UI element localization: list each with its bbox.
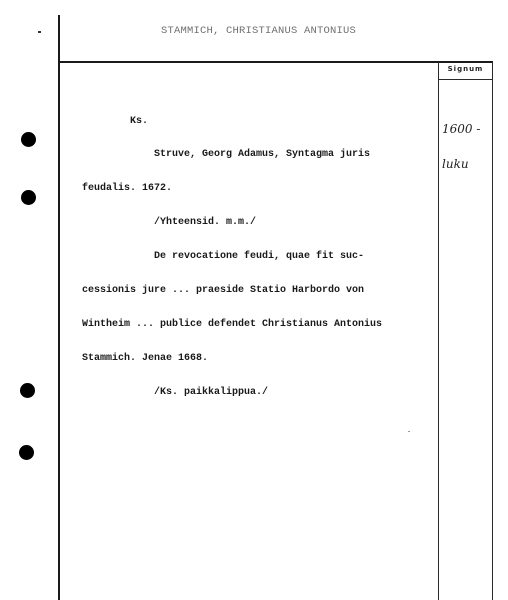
body-line-4: /Yhteensid. m.m./ [82, 217, 382, 228]
card-heading: STAMMICH, CHRISTIANUS ANTONIUS [161, 25, 356, 37]
signum-label: Signum [439, 65, 492, 73]
body-line-5: De revocatione feudi, quae fit suc- [82, 251, 382, 262]
signum-value-line-1: 1600 - [442, 123, 480, 134]
paper-speck [408, 431, 410, 432]
body-line-7: Wintheim ... publice defendet Christianu… [82, 319, 382, 330]
signum-column-right-border [492, 62, 493, 600]
catalog-card: STAMMICH, CHRISTIANUS ANTONIUS Signum 16… [0, 0, 508, 600]
card-body-text: Ks. Struve, Georg Adamus, Syntagma juris… [82, 93, 382, 421]
signum-header-divider [438, 79, 493, 80]
body-line-3: feudalis. 1672. [82, 183, 382, 194]
punch-hole-3 [20, 383, 35, 398]
signum-handwritten-value: 1600 - luku [442, 99, 480, 194]
punch-hole-4 [19, 445, 34, 460]
body-line-9: /Ks. paikkalippua./ [82, 387, 382, 398]
body-line-2: Struve, Georg Adamus, Syntagma juris [82, 149, 382, 160]
signum-value-line-2: luku [442, 158, 480, 169]
body-line-8: Stammich. Jenae 1668. [82, 353, 382, 364]
punch-hole-2 [21, 190, 36, 205]
punch-hole-1 [21, 132, 36, 147]
header-rule [59, 61, 493, 63]
body-line-6: cessionis jure ... praeside Statio Harbo… [82, 285, 382, 296]
margin-mark [38, 31, 41, 33]
left-margin-rule [58, 15, 60, 600]
body-line-1: Ks. [82, 116, 382, 127]
signum-column-left-border [438, 62, 439, 600]
